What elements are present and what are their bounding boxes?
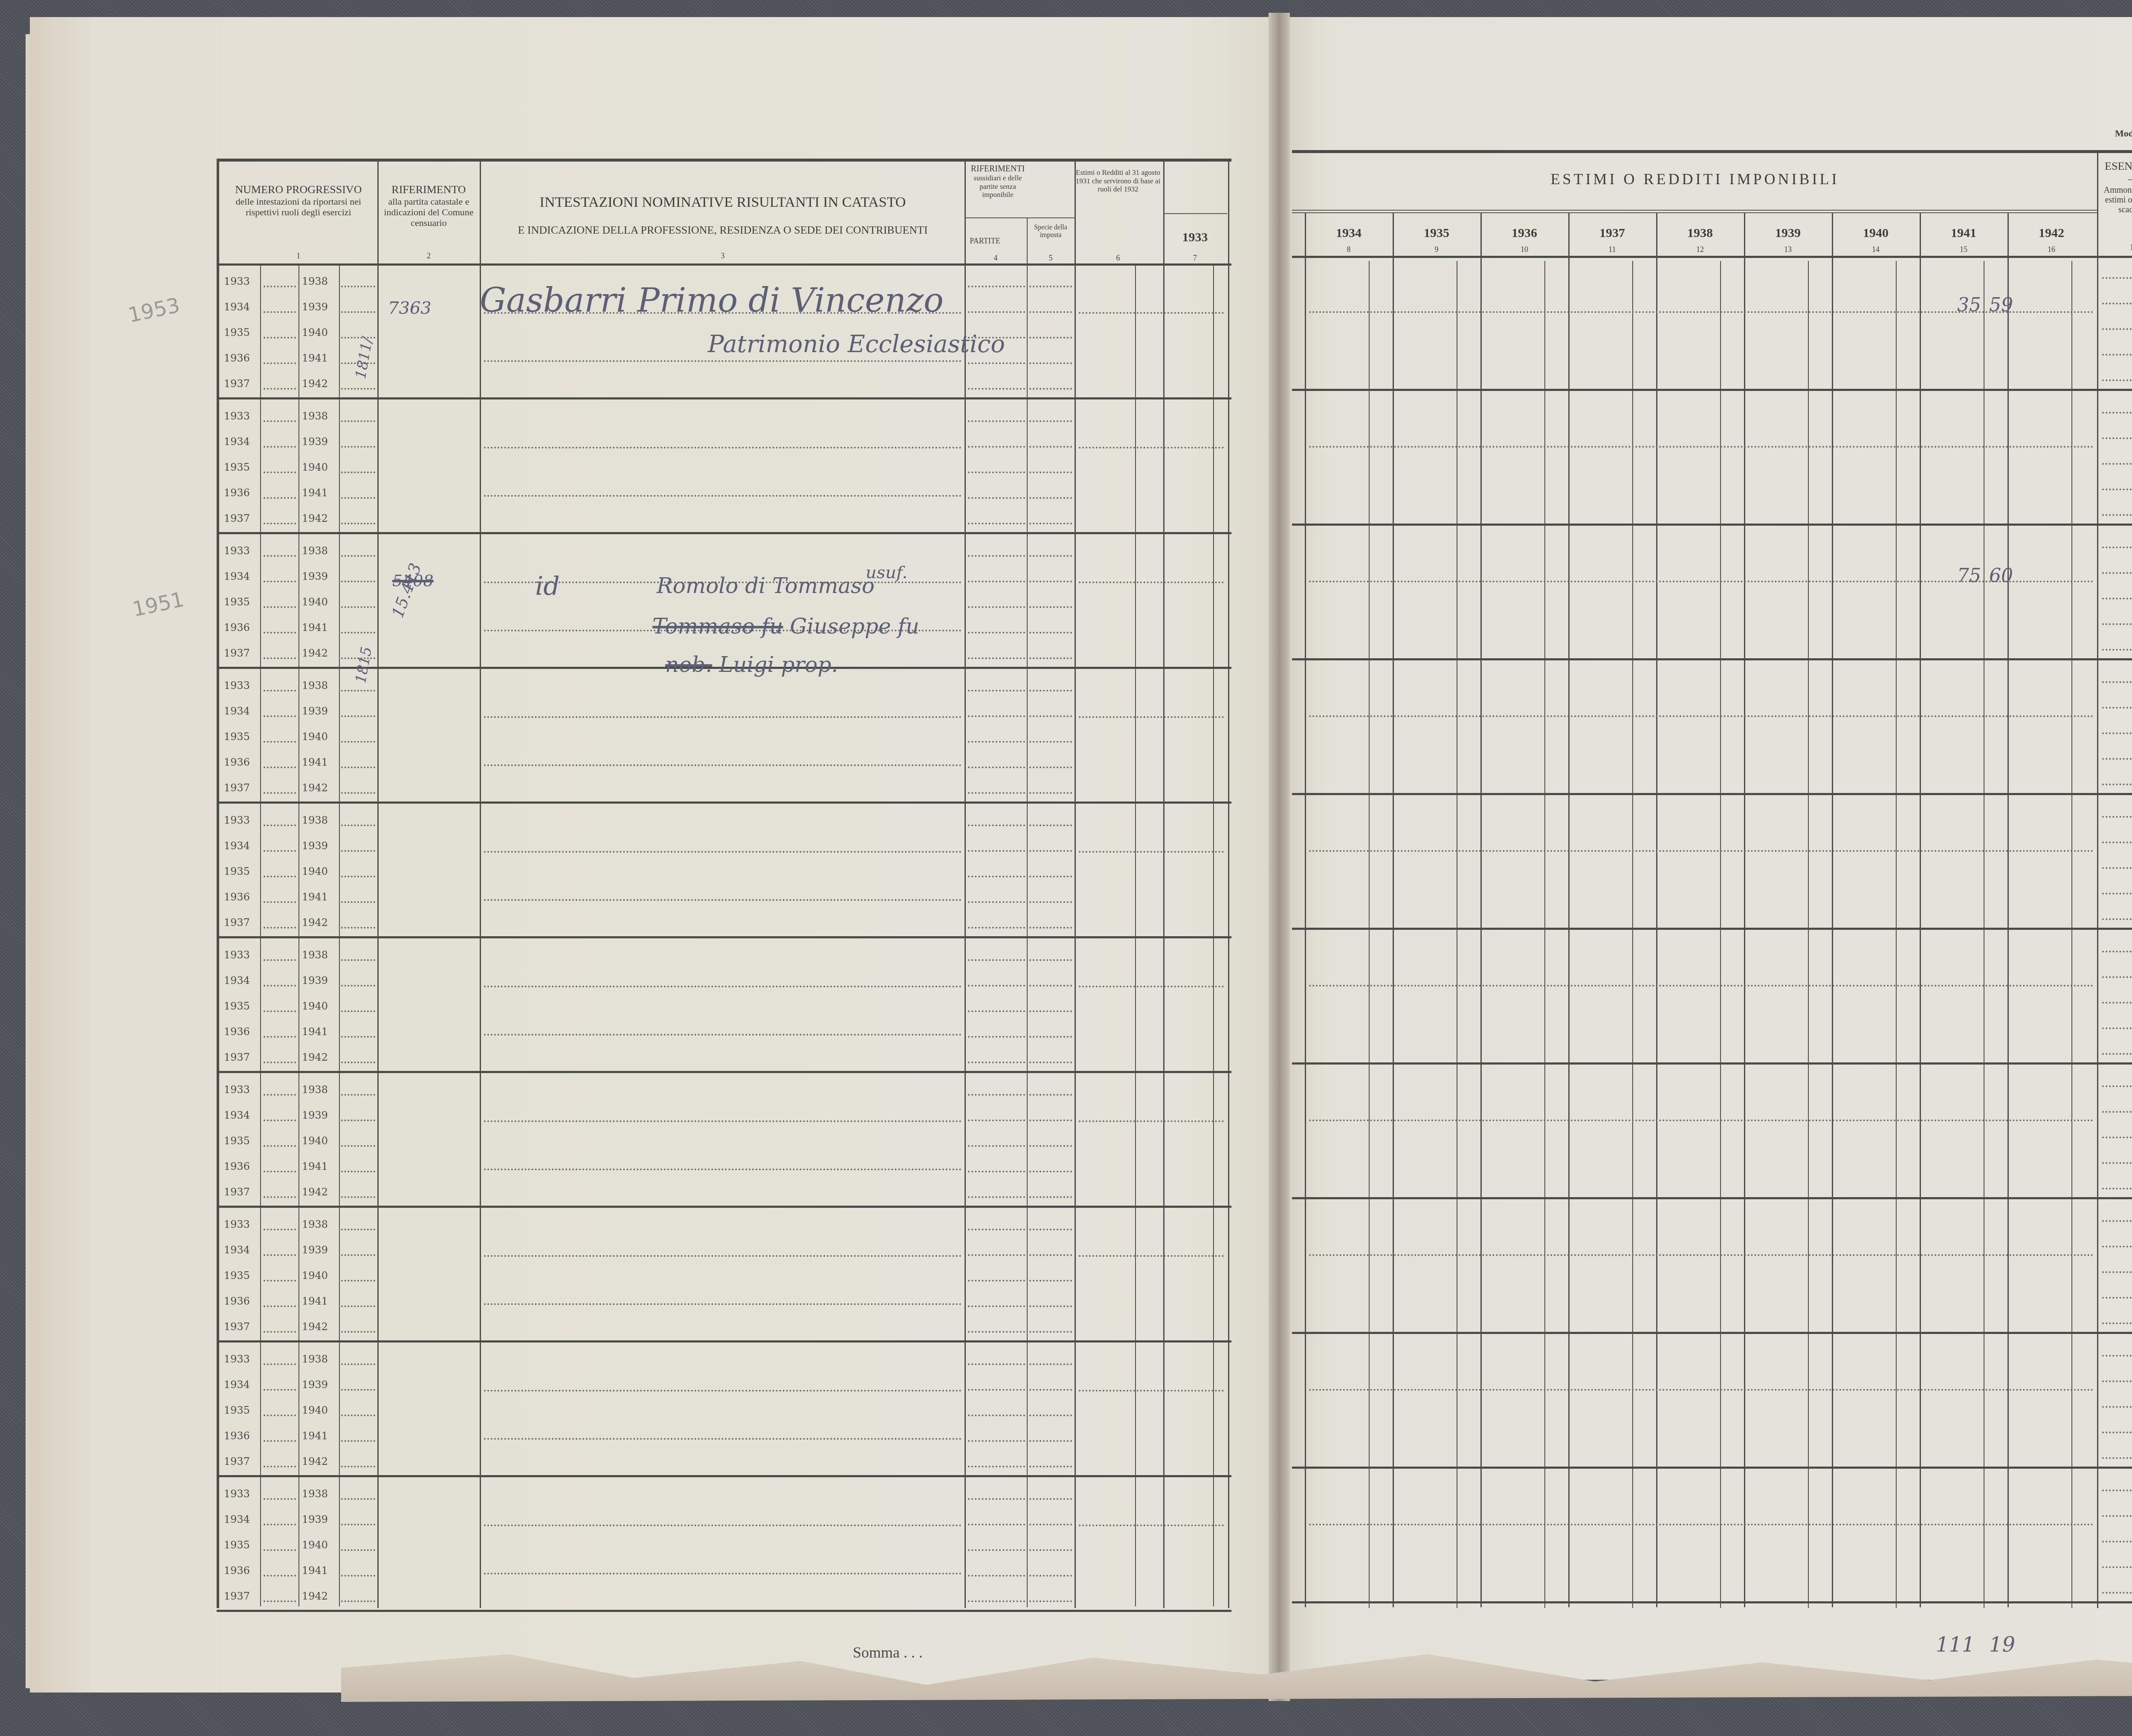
dotted-line	[341, 472, 375, 473]
column-number: 13	[1744, 245, 1832, 254]
dotted-line	[1029, 632, 1072, 634]
year-left: 1936	[224, 1160, 250, 1172]
dotted-line	[264, 1498, 296, 1500]
dotted-line	[1029, 1254, 1072, 1256]
block-divider	[1292, 524, 2132, 526]
header-specie: Specie della imposta	[1028, 224, 1074, 240]
dotted-line	[1029, 1062, 1072, 1063]
year-header: 1942	[2007, 226, 2095, 241]
dotted-line	[968, 472, 1025, 473]
dotted-line	[341, 1575, 375, 1577]
block-divider	[1292, 389, 2132, 391]
dotted-line	[968, 1440, 1025, 1442]
year-right: 1942	[302, 647, 328, 659]
dotted-line	[341, 1331, 375, 1333]
dotted-line	[1309, 1120, 2094, 1121]
dotted-line	[484, 1573, 962, 1574]
dotted-line	[2102, 681, 2132, 683]
column-number: 16	[2007, 245, 2095, 254]
dotted-line	[264, 1549, 296, 1551]
dotted-line	[1029, 1549, 1072, 1551]
dotted-line	[2102, 1541, 2132, 1542]
year-column-border	[1656, 213, 1657, 1607]
dotted-line	[2102, 918, 2132, 920]
year-right: 1939	[302, 975, 328, 987]
dotted-line	[968, 985, 1025, 987]
dotted-line	[264, 497, 296, 499]
dotted-line	[1029, 1010, 1072, 1012]
year-left: 1937	[224, 512, 250, 524]
dotted-line	[484, 495, 962, 497]
entry-line3: nob. Luigi prop.	[665, 652, 838, 677]
year-right: 1938	[302, 814, 328, 826]
header-sub: Ammontare degli estimi o redditi e scade…	[2098, 185, 2132, 215]
year-right: 1942	[302, 1455, 328, 1467]
year-right: 1940	[302, 596, 328, 608]
dotted-line	[264, 1575, 296, 1577]
dotted-line	[341, 1171, 375, 1172]
dotted-line	[264, 555, 296, 557]
dotted-line	[264, 1440, 296, 1442]
year-left: 1933	[224, 680, 250, 692]
dotted-line	[1029, 1363, 1072, 1365]
dotted-line	[2102, 1053, 2132, 1055]
dotted-line	[484, 447, 962, 448]
column-number: 15	[1920, 245, 2007, 254]
cent-divider	[1720, 261, 1721, 1608]
dotted-line	[1029, 792, 1072, 794]
dotted-line	[1079, 851, 1224, 853]
dotted-line	[341, 1466, 375, 1467]
dotted-line	[2102, 1490, 2132, 1491]
header-esenzioni: ESENZIONI — Ammontare degli estimi o red…	[2098, 160, 2132, 215]
dotted-line	[484, 851, 962, 853]
dotted-line	[264, 337, 296, 339]
dotted-line	[1029, 1466, 1072, 1467]
year-left: 1935	[224, 1404, 250, 1416]
year-right: 1941	[302, 891, 328, 903]
dotted-line	[968, 1549, 1025, 1551]
cent-divider	[1369, 261, 1370, 1608]
block-divider	[1292, 1062, 2132, 1065]
dotted-line	[264, 901, 296, 903]
dotted-line	[341, 1036, 375, 1038]
year-header: 1937	[1568, 226, 1656, 241]
year-left: 1937	[224, 1455, 250, 1467]
column-number: 10	[1480, 245, 1568, 254]
dotted-line	[968, 1305, 1025, 1307]
dotted-line	[484, 1303, 962, 1305]
dotted-line	[968, 581, 1025, 582]
dotted-line	[484, 1390, 962, 1392]
dotted-line	[264, 657, 296, 659]
dotted-line	[264, 1094, 296, 1096]
year-left: 1935	[224, 327, 250, 339]
dotted-line	[264, 1415, 296, 1416]
year-left: 1933	[224, 1084, 250, 1096]
dotted-line	[264, 1145, 296, 1147]
year-right: 1941	[302, 756, 328, 768]
column-number: 8	[1305, 245, 1393, 254]
dotted-line	[264, 1389, 296, 1391]
dotted-line	[2102, 784, 2132, 785]
dotted-line	[264, 1120, 296, 1121]
dotted-line	[341, 690, 375, 692]
header-sub: delle intestazioni da riportarsi nei ris…	[220, 196, 377, 218]
year-left: 1936	[224, 1565, 250, 1577]
year-right: 1942	[302, 512, 328, 524]
dotted-line	[968, 767, 1025, 768]
dotted-line	[2102, 437, 2132, 439]
year-right: 1941	[302, 487, 328, 499]
dotted-line	[1029, 1094, 1072, 1096]
dotted-line	[341, 792, 375, 794]
header-estimi-imponibili: ESTIMI O REDDITI IMPONIBILI	[1292, 171, 2098, 188]
dotted-line	[2102, 1162, 2132, 1164]
struck-text: Tommaso fu	[652, 614, 783, 639]
year-right: 1941	[302, 1160, 328, 1172]
total-cent: 19	[1989, 1633, 2015, 1657]
dotted-line	[1029, 1120, 1072, 1121]
dotted-line	[968, 959, 1025, 961]
year-column-border	[1920, 213, 1921, 1607]
dotted-line	[968, 1120, 1025, 1121]
dotted-line	[968, 741, 1025, 743]
year-right: 1941	[302, 352, 328, 364]
dotted-line	[264, 876, 296, 877]
dotted-line	[264, 850, 296, 852]
year-right: 1939	[302, 705, 328, 717]
dotted-line	[341, 1094, 375, 1096]
year-right: 1940	[302, 865, 328, 877]
dotted-line	[264, 1036, 296, 1038]
year-left: 1937	[224, 782, 250, 794]
dotted-line	[2102, 489, 2132, 490]
year-left: 1934	[224, 840, 250, 852]
dotted-line	[341, 1010, 375, 1012]
dotted-line	[968, 1196, 1025, 1198]
dotted-line	[341, 388, 375, 390]
right-page	[1279, 17, 2132, 1680]
dotted-line	[264, 927, 296, 929]
year-left: 1933	[224, 1218, 250, 1230]
dotted-line	[264, 1600, 296, 1602]
block-divider	[1292, 658, 2132, 660]
dotted-line	[2102, 572, 2132, 574]
dotted-line	[264, 1305, 296, 1307]
entry-name: Gasbarri Primo di Vincenzo	[480, 281, 944, 320]
dotted-line	[2102, 1085, 2132, 1087]
dotted-line	[264, 1229, 296, 1230]
dotted-line	[1029, 606, 1072, 608]
cent-divider	[2071, 261, 2072, 1608]
dotted-line	[1029, 286, 1072, 287]
dotted-line	[341, 1120, 375, 1121]
dotted-line	[968, 927, 1025, 929]
dotted-line	[264, 581, 296, 582]
dotted-line	[1309, 446, 2094, 448]
dotted-line	[1029, 1498, 1072, 1500]
block-divider	[1292, 1467, 2132, 1469]
dotted-line	[341, 850, 375, 852]
form-code: Mod. 111 - Imposte Dirette (Intercalare)…	[2115, 128, 2132, 139]
year-left: 1937	[224, 1590, 250, 1602]
dotted-line	[264, 388, 296, 390]
dotted-line	[1029, 1171, 1072, 1172]
dotted-line	[1029, 1415, 1072, 1416]
block-divider	[217, 1071, 1231, 1073]
header-title: NUMERO PROGRESSIVO	[220, 183, 377, 196]
year-column-border	[1480, 213, 1482, 1607]
dotted-line	[264, 1010, 296, 1012]
dotted-line	[2102, 842, 2132, 843]
year-header: 1940	[1832, 226, 1920, 241]
dotted-line	[968, 632, 1025, 634]
dotted-line	[1079, 716, 1224, 718]
column-number: 7	[1164, 254, 1226, 263]
year-right: 1940	[302, 731, 328, 743]
dotted-line	[341, 581, 375, 582]
dotted-line	[2102, 598, 2132, 599]
dotted-line	[341, 420, 375, 422]
dotted-line	[1309, 1254, 2094, 1256]
dotted-line	[341, 1600, 375, 1602]
year-left: 1935	[224, 1135, 250, 1147]
dotted-line	[968, 388, 1025, 390]
dotted-line	[1309, 985, 2094, 987]
year-column-border	[1744, 213, 1745, 1607]
dotted-line	[264, 632, 296, 634]
dotted-line	[2102, 649, 2132, 651]
dotted-line	[2102, 1406, 2132, 1408]
year-column-border	[1568, 213, 1570, 1607]
header-intestazioni: INTESTAZIONI NOMINATIVE RISULTANTI IN CA…	[482, 194, 964, 211]
dotted-line	[2102, 1027, 2132, 1029]
year-left: 1936	[224, 756, 250, 768]
dotted-line	[341, 446, 375, 448]
dotted-line	[341, 632, 375, 634]
year-right: 1940	[302, 327, 328, 339]
dotted-line	[341, 1196, 375, 1198]
header-title: RIFERIMENTI	[966, 164, 1030, 174]
dotted-line	[968, 1062, 1025, 1063]
dotted-line	[1029, 523, 1072, 524]
dotted-line	[2102, 758, 2132, 760]
header-sub: alla partita catastale e indicazioni del…	[379, 196, 479, 229]
dotted-line	[341, 825, 375, 826]
dotted-line	[1029, 901, 1072, 903]
dotted-line	[968, 715, 1025, 717]
block-divider	[217, 1610, 1231, 1612]
dotted-line	[1029, 1440, 1072, 1442]
dotted-line	[968, 1575, 1025, 1577]
year-left: 1935	[224, 1539, 250, 1551]
dotted-line	[1079, 1390, 1224, 1392]
dotted-line	[968, 362, 1025, 364]
year-header: 1938	[1656, 226, 1744, 241]
dotted-line	[2102, 1111, 2132, 1113]
dotted-line	[1079, 447, 1224, 448]
dotted-line	[484, 764, 962, 766]
year-right: 1939	[302, 1109, 328, 1121]
dotted-line	[2102, 1297, 2132, 1299]
dotted-line	[341, 286, 375, 287]
entry-line2: Tommaso fu Giuseppe fu	[652, 614, 919, 639]
dotted-line	[968, 1415, 1025, 1416]
block-divider	[1292, 1332, 2132, 1334]
dotted-line	[1029, 1575, 1072, 1577]
column-number: 6	[1075, 254, 1161, 263]
dotted-line	[2102, 1592, 2132, 1594]
year-left: 1934	[224, 301, 250, 313]
block-divider	[217, 397, 1231, 399]
dotted-line	[341, 1440, 375, 1442]
dotted-line	[1029, 657, 1072, 659]
year-right: 1938	[302, 1218, 328, 1230]
dotted-line	[1029, 690, 1072, 692]
year-left: 1933	[224, 1353, 250, 1365]
dotted-line	[341, 1062, 375, 1063]
book-spine	[1269, 13, 1290, 1701]
dotted-line	[1029, 497, 1072, 499]
block-divider	[217, 801, 1231, 804]
dotted-line	[341, 985, 375, 987]
struck-text: nob.	[665, 652, 712, 677]
dotted-line	[1029, 1331, 1072, 1333]
dotted-line	[341, 606, 375, 608]
dotted-line	[341, 1280, 375, 1282]
year-right: 1940	[302, 1270, 328, 1282]
entry-text: Luigi prop.	[719, 652, 838, 677]
dotted-line	[1029, 1145, 1072, 1147]
dotted-line	[264, 959, 296, 961]
year-left: 1933	[224, 275, 250, 287]
dotted-line	[264, 362, 296, 364]
dotted-line	[2102, 1271, 2132, 1273]
dotted-line	[968, 1498, 1025, 1500]
dotted-line	[2102, 867, 2132, 869]
year-left: 1935	[224, 865, 250, 877]
dotted-line	[2102, 893, 2132, 894]
year-left: 1937	[224, 1186, 250, 1198]
dotted-line	[968, 901, 1025, 903]
dotted-line	[341, 523, 375, 524]
dotted-line	[341, 555, 375, 557]
year-right: 1942	[302, 378, 328, 390]
year-right: 1942	[302, 917, 328, 929]
entry-idem-mark: id	[535, 571, 560, 601]
dotted-line	[968, 1036, 1025, 1038]
dotted-line	[2102, 1515, 2132, 1517]
dotted-line	[484, 1034, 962, 1036]
year-right: 1939	[302, 436, 328, 448]
year-right: 1940	[302, 1000, 328, 1012]
dotted-line	[1079, 1120, 1224, 1122]
dotted-line	[968, 1010, 1025, 1012]
year-left: 1936	[224, 352, 250, 364]
dotted-line	[968, 523, 1025, 524]
dotted-line	[2102, 1220, 2132, 1222]
dotted-line	[2102, 1432, 2132, 1433]
year-right: 1942	[302, 1590, 328, 1602]
dotted-line	[2102, 1002, 2132, 1004]
dotted-line	[1029, 767, 1072, 768]
cent-divider	[1544, 261, 1545, 1608]
dotted-line	[968, 1389, 1025, 1391]
year-left: 1934	[224, 975, 250, 987]
dotted-line	[264, 523, 296, 524]
dotted-line	[1029, 715, 1072, 717]
year-right: 1942	[302, 1321, 328, 1333]
dotted-line	[264, 606, 296, 608]
dotted-line	[968, 876, 1025, 877]
dotted-line	[968, 1600, 1025, 1602]
dotted-line	[968, 825, 1025, 826]
dotted-line	[1029, 337, 1072, 339]
block-divider	[217, 532, 1231, 534]
year-left: 1937	[224, 1051, 250, 1063]
entry-note: usuf.	[866, 563, 907, 582]
dotted-line	[1029, 1036, 1072, 1038]
dotted-line	[2102, 976, 2132, 978]
dotted-line	[1079, 312, 1224, 314]
dotted-line	[264, 420, 296, 422]
value-1941-lire: 75	[1957, 565, 1981, 587]
dotted-line	[968, 1331, 1025, 1333]
dotted-line	[264, 767, 296, 768]
year-right: 1938	[302, 545, 328, 557]
dotted-line	[1029, 1305, 1072, 1307]
year-left: 1935	[224, 596, 250, 608]
dotted-line	[2102, 1380, 2132, 1382]
year-left: 1933	[224, 1488, 250, 1500]
year-right: 1939	[302, 840, 328, 852]
year-left: 1934	[224, 1513, 250, 1525]
dotted-line	[341, 767, 375, 768]
dotted-line	[264, 741, 296, 743]
year-left: 1936	[224, 1295, 250, 1307]
dotted-line	[484, 1169, 962, 1170]
dotted-line	[1079, 986, 1224, 987]
dotted-line	[968, 850, 1025, 852]
dotted-line	[1079, 1525, 1224, 1526]
year-left: 1934	[224, 1109, 250, 1121]
entry-partita: 7363	[388, 298, 432, 318]
year-header: 1936	[1480, 226, 1568, 241]
dotted-line	[968, 286, 1025, 287]
block-divider	[217, 1206, 1231, 1208]
dotted-line	[341, 1305, 375, 1307]
dotted-line	[2102, 303, 2132, 304]
year-right: 1941	[302, 622, 328, 634]
dotted-line	[264, 1466, 296, 1467]
dotted-line	[341, 497, 375, 499]
year-right: 1938	[302, 1084, 328, 1096]
dotted-line	[1029, 472, 1072, 473]
dotted-line	[2102, 379, 2132, 381]
year-right: 1940	[302, 1135, 328, 1147]
year-right: 1939	[302, 301, 328, 313]
year-right: 1938	[302, 949, 328, 961]
year-right: 1938	[302, 1353, 328, 1365]
dotted-line	[341, 715, 375, 717]
dotted-line	[341, 927, 375, 929]
cent-divider	[1808, 261, 1809, 1608]
dotted-line	[1029, 362, 1072, 364]
header-partite: PARTITE	[966, 237, 1004, 246]
dotted-line	[2102, 463, 2132, 465]
dotted-line	[484, 716, 962, 718]
